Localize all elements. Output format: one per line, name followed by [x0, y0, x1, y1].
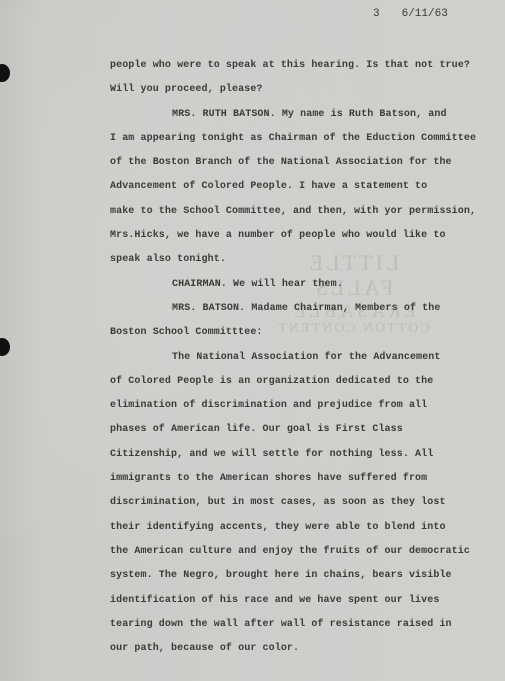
- transcript-line: identification of his race and we have s…: [110, 589, 505, 613]
- transcript-line: our path, because of our color.: [110, 637, 505, 661]
- transcript-line: Mrs.Hicks, we have a number of people wh…: [110, 224, 505, 248]
- transcript-line: of Colored People is an organization ded…: [110, 370, 505, 394]
- transcript-body: people who were to speak at this hearing…: [110, 54, 505, 661]
- page-header: 36/11/63: [373, 8, 470, 20]
- transcript-line: MRS. RUTH BATSON. My name is Ruth Batson…: [110, 103, 505, 127]
- transcript-line: elimination of discrimination and prejud…: [110, 394, 505, 418]
- transcript-line: make to the School Committee, and then, …: [110, 200, 505, 224]
- transcript-line: Advancement of Colored People. I have a …: [110, 175, 505, 199]
- punch-hole-top: [0, 64, 10, 82]
- transcript-line: Will you proceed, please?: [110, 78, 505, 102]
- transcript-line: Citizenship, and we will settle for noth…: [110, 443, 505, 467]
- transcript-line: I am appearing tonight as Chairman of th…: [110, 127, 505, 151]
- transcript-line: Boston School Committtee:: [110, 321, 505, 345]
- typewritten-page: LITTLE FALLS ERASABLE COTTON CONTENT 36/…: [0, 0, 505, 681]
- punch-hole-bottom: [0, 338, 10, 356]
- transcript-line: immigrants to the American shores have s…: [110, 467, 505, 491]
- transcript-line: of the Boston Branch of the National Ass…: [110, 151, 505, 175]
- transcript-line: tearing down the wall after wall of resi…: [110, 613, 505, 637]
- page-number: 3: [373, 8, 380, 20]
- transcript-line: MRS. BATSON. Madame Chairman, Members of…: [110, 297, 505, 321]
- transcript-line: speak also tonight.: [110, 248, 505, 272]
- document-date: 6/11/63: [402, 8, 448, 20]
- transcript-line: The National Association for the Advance…: [110, 346, 505, 370]
- transcript-line: CHAIRMAN. We will hear them.: [110, 273, 505, 297]
- transcript-line: system. The Negro, brought here in chain…: [110, 564, 505, 588]
- transcript-line: discrimination, but in most cases, as so…: [110, 491, 505, 515]
- transcript-line: their identifying accents, they were abl…: [110, 516, 505, 540]
- transcript-line: the American culture and enjoy the fruit…: [110, 540, 505, 564]
- transcript-line: phases of American life. Our goal is Fir…: [110, 418, 505, 442]
- transcript-line: people who were to speak at this hearing…: [110, 54, 505, 78]
